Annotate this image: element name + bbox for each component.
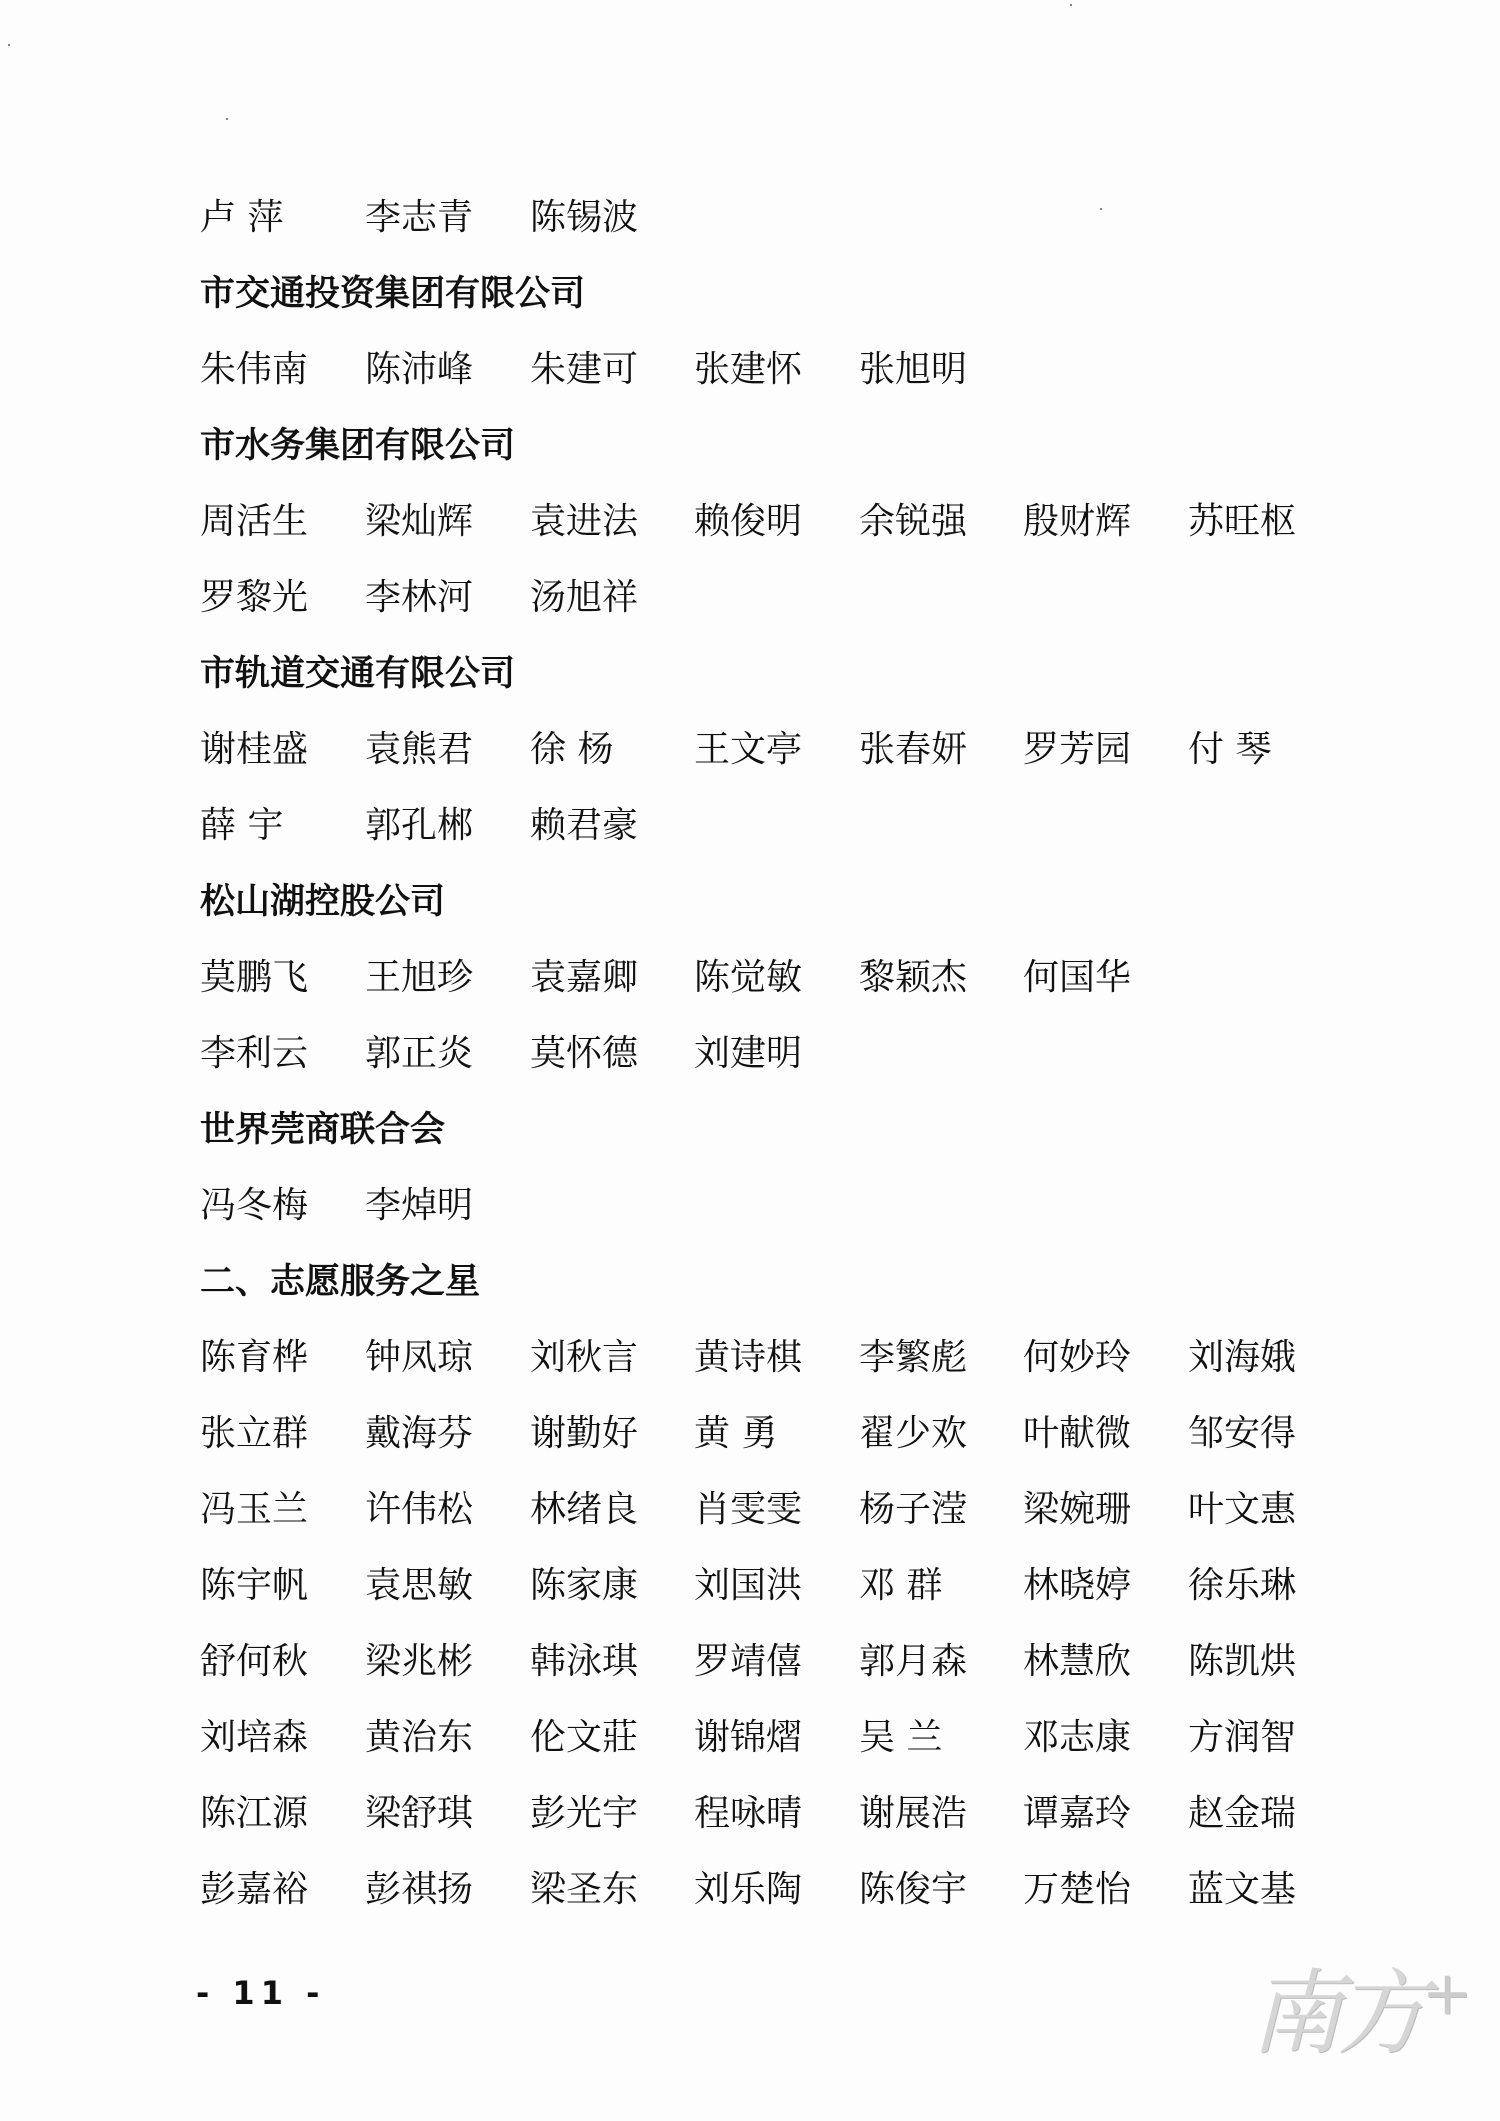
document-page: 卢 萍李志青陈锡波市交通投资集团有限公司朱伟南陈沛峰朱建可张建怀张旭明市水务集团… (0, 0, 1500, 2121)
section-heading: 市交通投资集团有限公司 (200, 274, 585, 350)
person-name: 张建怀 (694, 350, 802, 390)
person-name: 冯玉兰 (200, 1490, 308, 1530)
person-name: 李利云 (200, 1034, 308, 1074)
person-name: 黄治东 (365, 1718, 473, 1758)
scan-speck (226, 118, 228, 120)
person-name: 谢桂盛 (200, 730, 308, 770)
person-name: 肖雯雯 (694, 1490, 802, 1530)
person-name: 彭嘉裕 (200, 1870, 308, 1910)
person-name: 刘海娥 (1188, 1338, 1296, 1378)
scan-speck (1100, 208, 1102, 210)
person-name: 梁圣东 (530, 1870, 638, 1910)
person-name: 谢锦熠 (694, 1718, 802, 1758)
watermark-text: 南方 (1250, 1960, 1422, 2067)
person-name: 徐乐琳 (1188, 1566, 1296, 1606)
person-name: 汤旭祥 (530, 578, 638, 618)
person-name: 袁进法 (530, 502, 638, 542)
person-name: 袁嘉卿 (530, 958, 638, 998)
person-name: 钟凤琼 (365, 1338, 473, 1378)
person-name: 郭正炎 (365, 1034, 473, 1074)
person-name: 何国华 (1023, 958, 1131, 998)
person-name: 王文亭 (694, 730, 802, 770)
person-name: 程咏晴 (694, 1794, 802, 1834)
person-name: 李繁彪 (859, 1338, 967, 1378)
person-name: 邹安得 (1188, 1414, 1296, 1454)
person-name: 薛 宇 (200, 806, 283, 846)
section-heading: 世界莞商联合会 (200, 1110, 445, 1186)
person-name: 何妙玲 (1023, 1338, 1131, 1378)
person-name: 梁舒琪 (365, 1794, 473, 1834)
person-name: 韩泳琪 (530, 1642, 638, 1682)
person-name: 林晓婷 (1023, 1566, 1131, 1606)
person-name: 罗芳园 (1023, 730, 1131, 770)
person-name: 朱建可 (530, 350, 638, 390)
person-name: 戴海芬 (365, 1414, 473, 1454)
person-name: 彭祺扬 (365, 1870, 473, 1910)
person-name: 叶文惠 (1188, 1490, 1296, 1530)
person-name: 林慧欣 (1023, 1642, 1131, 1682)
person-name: 陈育桦 (200, 1338, 308, 1378)
person-name: 李志青 (365, 198, 473, 238)
person-name: 张立群 (200, 1414, 308, 1454)
person-name: 刘国洪 (694, 1566, 802, 1606)
person-name: 苏旺枢 (1188, 502, 1296, 542)
person-name: 陈宇帆 (200, 1566, 308, 1606)
person-name: 谢展浩 (859, 1794, 967, 1834)
person-name: 方润智 (1188, 1718, 1296, 1758)
person-name: 罗黎光 (200, 578, 308, 618)
watermark-logo: 南方+ (1250, 1940, 1466, 2072)
person-name: 陈觉敏 (694, 958, 802, 998)
section-heading: 二、志愿服务之星 (200, 1262, 480, 1338)
person-name: 彭光宇 (530, 1794, 638, 1834)
person-name: 黎颖杰 (859, 958, 967, 998)
plus-icon: + (1422, 1958, 1466, 2028)
person-name: 郭月森 (859, 1642, 967, 1682)
person-name: 陈家康 (530, 1566, 638, 1606)
person-name: 伦文莊 (530, 1718, 638, 1758)
person-name: 邓 群 (859, 1566, 942, 1606)
person-name: 杨子滢 (859, 1490, 967, 1530)
person-name: 陈沛峰 (365, 350, 473, 390)
person-name: 谢勤好 (530, 1414, 638, 1454)
scan-speck (1070, 4, 1072, 6)
person-name: 余锐强 (859, 502, 967, 542)
person-name: 刘建明 (694, 1034, 802, 1074)
person-name: 舒何秋 (200, 1642, 308, 1682)
person-name: 李焯明 (365, 1186, 473, 1226)
page-number: - 11 - (196, 1974, 325, 2012)
person-name: 李林河 (365, 578, 473, 618)
person-name: 周活生 (200, 502, 308, 542)
person-name: 黄 勇 (694, 1414, 777, 1454)
scan-speck (8, 44, 10, 46)
person-name: 林绪良 (530, 1490, 638, 1530)
person-name: 袁思敏 (365, 1566, 473, 1606)
person-name: 赖君豪 (530, 806, 638, 846)
section-heading: 市轨道交通有限公司 (200, 654, 515, 730)
person-name: 袁熊君 (365, 730, 473, 770)
person-name: 梁灿辉 (365, 502, 473, 542)
person-name: 陈俊宇 (859, 1870, 967, 1910)
person-name: 罗靖僖 (694, 1642, 802, 1682)
person-name: 赖俊明 (694, 502, 802, 542)
person-name: 梁兆彬 (365, 1642, 473, 1682)
person-name: 陈锡波 (530, 198, 638, 238)
person-name: 刘秋言 (530, 1338, 638, 1378)
person-name: 吴 兰 (859, 1718, 942, 1758)
person-name: 徐 杨 (530, 730, 613, 770)
person-name: 陈凯烘 (1188, 1642, 1296, 1682)
section-heading: 松山湖控股公司 (200, 882, 445, 958)
person-name: 朱伟南 (200, 350, 308, 390)
person-name: 莫怀德 (530, 1034, 638, 1074)
person-name: 蓝文基 (1188, 1870, 1296, 1910)
person-name: 黄诗棋 (694, 1338, 802, 1378)
person-name: 付 琴 (1188, 730, 1271, 770)
person-name: 梁婉珊 (1023, 1490, 1131, 1530)
person-name: 许伟松 (365, 1490, 473, 1530)
person-name: 翟少欢 (859, 1414, 967, 1454)
person-name: 郭孔郴 (365, 806, 473, 846)
section-heading: 市水务集团有限公司 (200, 426, 515, 502)
person-name: 冯冬梅 (200, 1186, 308, 1226)
person-name: 王旭珍 (365, 958, 473, 998)
person-name: 陈江源 (200, 1794, 308, 1834)
person-name: 张旭明 (859, 350, 967, 390)
person-name: 叶献微 (1023, 1414, 1131, 1454)
person-name: 张春妍 (859, 730, 967, 770)
person-name: 万楚怡 (1023, 1870, 1131, 1910)
person-name: 邓志康 (1023, 1718, 1131, 1758)
person-name: 赵金瑞 (1188, 1794, 1296, 1834)
person-name: 刘培森 (200, 1718, 308, 1758)
person-name: 谭嘉玲 (1023, 1794, 1131, 1834)
person-name: 卢 萍 (200, 198, 283, 238)
person-name: 刘乐陶 (694, 1870, 802, 1910)
person-name: 莫鹏飞 (200, 958, 308, 998)
person-name: 殷财辉 (1023, 502, 1131, 542)
